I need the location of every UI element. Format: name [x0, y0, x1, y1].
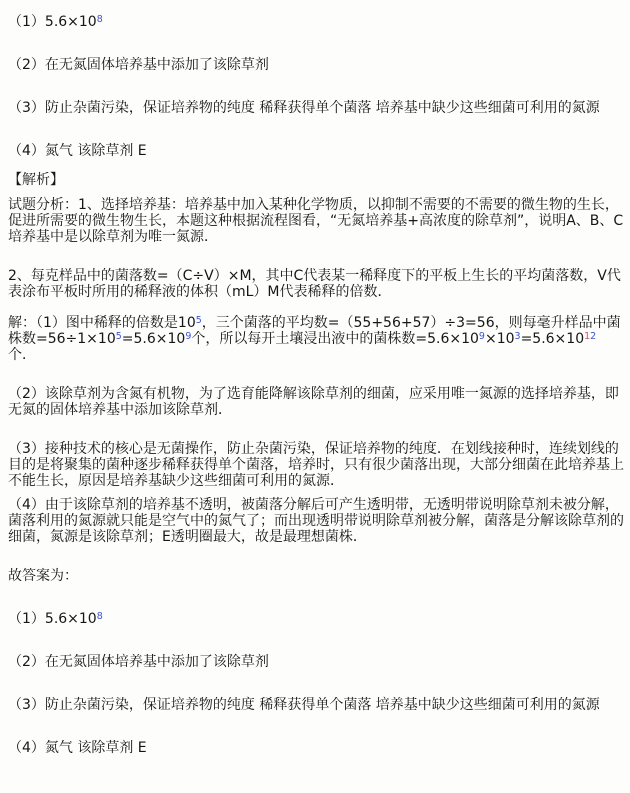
body-text: =5.6×10 — [122, 331, 186, 347]
analysis-paragraph-topic: 试题分析：1、选择培养基：培养基中加入某种化学物质，以抑制不需要的不需要的微生物… — [8, 197, 624, 245]
final-answer-line-2: （2）在无氮固体培养基中添加了该除草剂 — [8, 654, 624, 670]
final-answer-line-4: （4）氮气 该除草剂 E — [8, 740, 624, 756]
analysis-paragraph-solution-2: （2）该除草剂为含氮有机物，为了选育能降解该除草剂的细菌，应采用唯一氮源的选择培… — [8, 386, 624, 418]
final-answer-line-1: （1）5.6×108 — [8, 611, 624, 627]
body-text: 解：（1）图中稀释的倍数是10 — [8, 315, 196, 331]
analysis-heading: 【解析】 — [8, 172, 624, 188]
exponent-text: 8 — [97, 14, 103, 25]
exponent-text: 2 — [590, 331, 596, 342]
exponent-text: 8 — [97, 611, 103, 622]
answer-line-4: （4）氮气 该除草剂 E — [8, 143, 624, 159]
analysis-paragraph-solution-3: （3）接种技术的核心是无菌操作，防止杂菌污染，保证培养物的纯度．在划线接种时，连… — [8, 441, 624, 489]
analysis-paragraph-formula: 2、每克样品中的菌落数=（C÷V）×M，其中C代表某一稀释度下的平板上生长的平均… — [8, 268, 624, 300]
document-page: （1）5.6×108 （2）在无氮固体培养基中添加了该除草剂 （3）防止杂菌污染… — [0, 0, 630, 793]
conclusion-label: 故答案为： — [8, 568, 624, 584]
final-answer-line-3: （3）防止杂菌污染，保证培养物的纯度 稀释获得单个菌落 培养基中缺少这些细菌可利… — [8, 697, 624, 713]
answer-line-3: （3）防止杂菌污染，保证培养物的纯度 稀释获得单个菌落 培养基中缺少这些细菌可利… — [8, 100, 624, 116]
analysis-paragraph-solution-1: 解：（1）图中稀释的倍数是105，三个菌落的平均数=（55+56+57）÷3=5… — [8, 315, 624, 363]
answer-line-2: （2）在无氮固体培养基中添加了该除草剂 — [8, 57, 624, 73]
body-text: 个． — [8, 347, 36, 363]
body-text: =5.6×10 — [521, 331, 585, 347]
body-text: （1）5.6×10 — [8, 611, 97, 627]
body-text: （1）5.6×10 — [8, 14, 97, 30]
analysis-paragraph-solution-4: （4）由于该除草剂的培养基不透明，被菌落分解后可产生透明带，无透明带说明除草剂未… — [8, 497, 624, 545]
body-text: 个，所以每开土壤浸出液中的菌株数=5.6×10 — [191, 331, 479, 347]
answer-line-1: （1）5.6×108 — [8, 14, 624, 30]
body-text: ×10 — [485, 331, 515, 347]
